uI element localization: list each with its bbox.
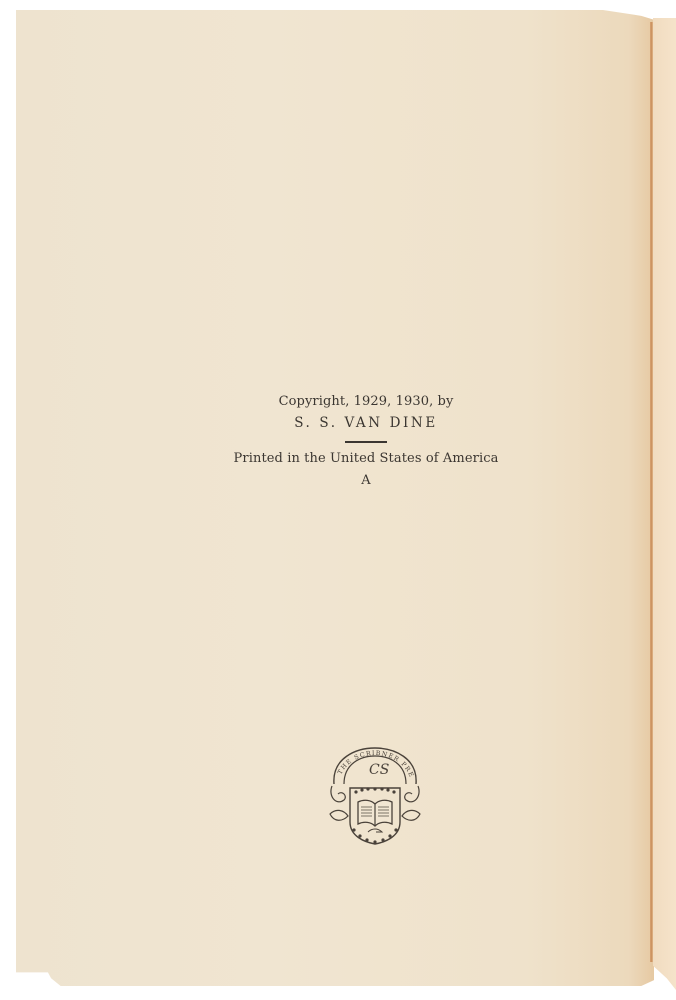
- copyright-line: Copyright, 1929, 1930, by: [230, 392, 502, 412]
- author-name: S. S. VAN DINE: [230, 413, 502, 433]
- divider-rule: [345, 441, 387, 443]
- facing-page-edge: [653, 18, 676, 990]
- svg-text:CS: CS: [369, 762, 389, 778]
- printing-letter: A: [230, 471, 502, 491]
- scribner-press-emblem-icon: THE SCRIBNER PRESS CS: [326, 744, 424, 848]
- printed-in-line: Printed in the United States of America: [230, 449, 502, 469]
- copyright-block: Copyright, 1929, 1930, by S. S. VAN DINE…: [230, 392, 502, 491]
- book-spine-edge: [650, 22, 653, 962]
